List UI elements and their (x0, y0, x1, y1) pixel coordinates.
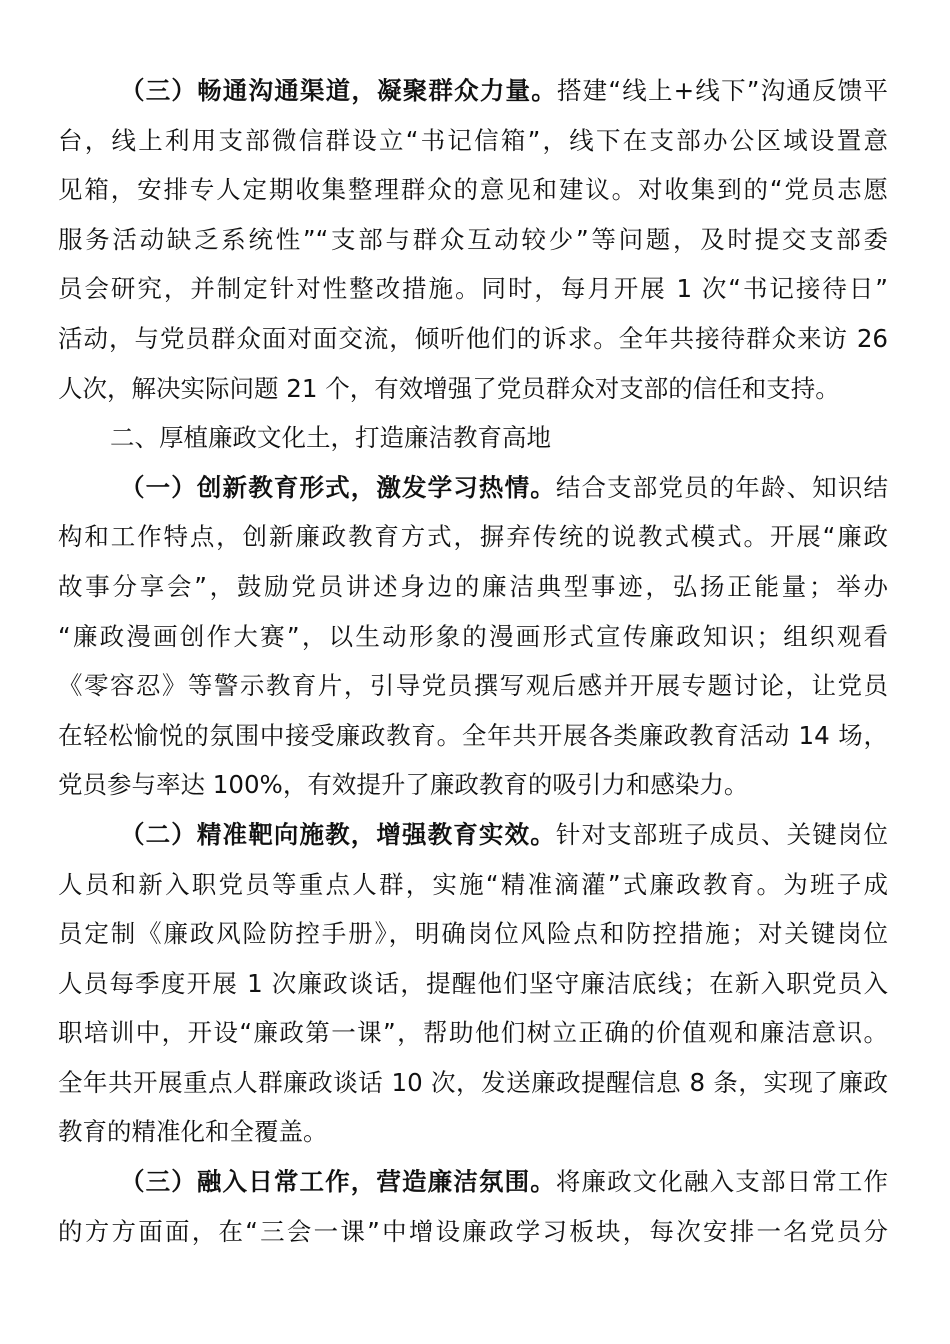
paragraph-text: 将廉政文化融入支部日常工作 (556, 1167, 888, 1196)
paragraph-line: 在轻松愉悦的氛围中接受廉政教育。全年共开展各类廉政教育活动 14 场， (58, 711, 888, 761)
paragraph-targeted-education: （二）精准靶向施教，增强教育实效。针对支部班子成员、关键岗位 人员和新入职党员等… (58, 810, 888, 1157)
paragraph-line: 人次，解决实际问题 21 个，有效增强了党员群众对支部的信任和支持。 (58, 364, 888, 414)
paragraph-line: 员定制《廉政风险防控手册》，明确岗位风险点和防控措施；对关键岗位 (58, 909, 888, 959)
subsection-title: （三）融入日常工作，营造廉洁氛围。 (120, 1167, 556, 1196)
section-heading: 二、厚植廉政文化土，打造廉洁教育高地 (58, 413, 888, 463)
paragraph-line: 见箱，安排专人定期收集整理群众的意见和建议。对收集到的“党员志愿 (58, 165, 888, 215)
paragraph-line: 员会研究，并制定针对性整改措施。同时，每月开展 1 次“书记接待日” (58, 264, 888, 314)
paragraph-line: 教育的精准化和全覆盖。 (58, 1107, 888, 1157)
paragraph-line: （二）精准靶向施教，增强教育实效。针对支部班子成员、关键岗位 (58, 810, 888, 860)
paragraph-text: 针对支部班子成员、关键岗位 (556, 820, 888, 849)
paragraph-text: 结合支部党员的年龄、知识结 (556, 473, 888, 502)
paragraph-daily-work-integration: （三）融入日常工作，营造廉洁氛围。将廉政文化融入支部日常工作 的方方面面，在“三… (58, 1157, 888, 1256)
paragraph-line: 党员参与率达 100%，有效提升了廉政教育的吸引力和感染力。 (58, 760, 888, 810)
paragraph-line: 人员和新入职党员等重点人群，实施“精准滴灌”式廉政教育。为班子成 (58, 860, 888, 910)
paragraph-communication-channels: （三）畅通沟通渠道，凝聚群众力量。搭建“线上+线下”沟通反馈平 台，线上利用支部… (58, 66, 888, 413)
paragraph-innovative-education: （一）创新教育形式，激发学习热情。结合支部党员的年龄、知识结 构和工作特点，创新… (58, 463, 888, 810)
paragraph-line: 台，线上利用支部微信群设立“书记信箱”，线下在支部办公区域设置意 (58, 116, 888, 166)
paragraph-line: 全年共开展重点人群廉政谈话 10 次，发送廉政提醒信息 8 条，实现了廉政 (58, 1058, 888, 1108)
paragraph-line: （三）融入日常工作，营造廉洁氛围。将廉政文化融入支部日常工作 (58, 1157, 888, 1207)
paragraph-line: 服务活动缺乏系统性”“支部与群众互动较少”等问题，及时提交支部委 (58, 215, 888, 265)
subsection-title: （二）精准靶向施教，增强教育实效。 (120, 820, 556, 849)
paragraph-line: 活动，与党员群众面对面交流，倾听他们的诉求。全年共接待群众来访 26 (58, 314, 888, 364)
subsection-title: （一）创新教育形式，激发学习热情。 (120, 473, 556, 502)
paragraph-line: 的方方面面，在“三会一课”中增设廉政学习板块，每次安排一名党员分 (58, 1207, 888, 1257)
paragraph-line: 构和工作特点，创新廉政教育方式，摒弃传统的说教式模式。开展“廉政 (58, 512, 888, 562)
paragraph-line: （一）创新教育形式，激发学习热情。结合支部党员的年龄、知识结 (58, 463, 888, 513)
paragraph-text: 搭建“线上+线下”沟通反馈平 (557, 76, 888, 105)
paragraph-line: “廉政漫画创作大赛”，以生动形象的漫画形式宣传廉政知识；组织观看 (58, 612, 888, 662)
paragraph-line: （三）畅通沟通渠道，凝聚群众力量。搭建“线上+线下”沟通反馈平 (58, 66, 888, 116)
paragraph-line: 故事分享会”，鼓励党员讲述身边的廉洁典型事迹，弘扬正能量；举办 (58, 562, 888, 612)
document-page: （三）畅通沟通渠道，凝聚群众力量。搭建“线上+线下”沟通反馈平 台，线上利用支部… (58, 66, 888, 1256)
paragraph-line: 人员每季度开展 1 次廉政谈话，提醒他们坚守廉洁底线；在新入职党员入 (58, 959, 888, 1009)
paragraph-line: 职培训中，开设“廉政第一课”，帮助他们树立正确的价值观和廉洁意识。 (58, 1008, 888, 1058)
paragraph-line: 《零容忍》等警示教育片，引导党员撰写观后感并开展专题讨论，让党员 (58, 661, 888, 711)
subsection-title: （三）畅通沟通渠道，凝聚群众力量。 (120, 76, 557, 105)
